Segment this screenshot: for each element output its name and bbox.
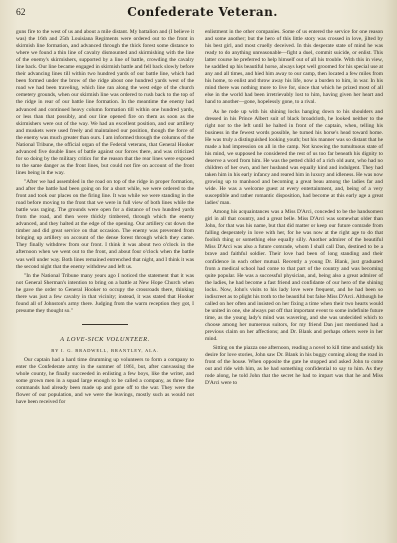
body-paragraph: "In the National Tribune many years ago …: [16, 273, 194, 315]
right-column: enlistment in the other companies. Some …: [205, 29, 383, 387]
magazine-page: 62 Confederate Veteran. guns fire to the…: [0, 0, 397, 543]
left-column: guns fire to the west of us and about a …: [16, 29, 194, 406]
body-paragraph: guns fire to the west of us and about a …: [16, 29, 194, 177]
article-byline: BY I. G. BRADWELL, BRANTLEY, ALA.: [16, 347, 194, 354]
article-title: A LOVE-SICK VOLUNTEER.: [16, 336, 194, 343]
body-paragraph: As he rode up with his shining locks han…: [205, 109, 383, 208]
body-paragraph: Sitting on the piazza one afternoon, rea…: [205, 345, 383, 387]
body-paragraph: Our captain had a hard time drumming up …: [16, 357, 194, 406]
page-header: 62 Confederate Veteran.: [16, 4, 389, 24]
body-paragraph: enlistment in the other companies. Some …: [205, 29, 383, 107]
body-paragraph: Among his acquaintances was a Miss D'Arc…: [205, 209, 383, 343]
body-paragraph: "After we had assembled in the road on t…: [16, 179, 194, 271]
journal-title: Confederate Veteran.: [16, 5, 389, 19]
section-divider: [82, 324, 128, 325]
